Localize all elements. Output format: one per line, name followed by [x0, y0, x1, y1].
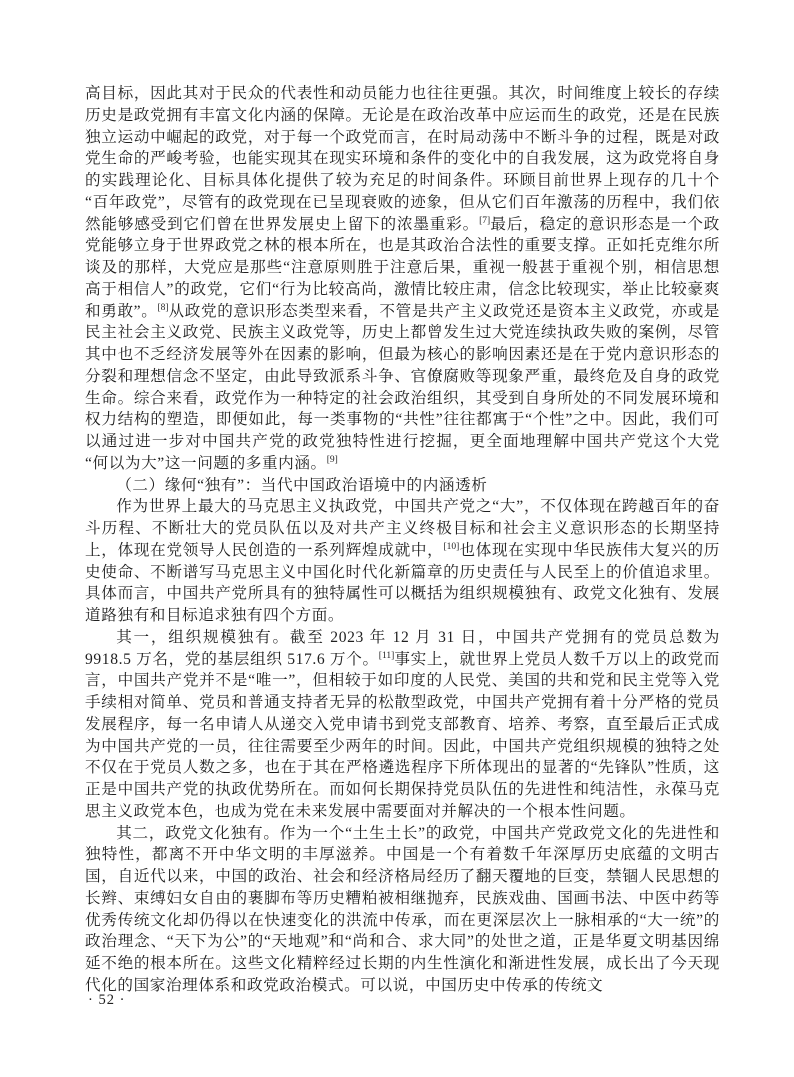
footnote-ref: [9] [327, 455, 338, 465]
text-column: 高目标，因此其对于民众的代表性和动员能力也往往更强。其次，时间维度上较长的存续历… [85, 83, 720, 997]
paragraph: 高目标，因此其对于民众的代表性和动员能力也往往更强。其次，时间维度上较长的存续历… [85, 83, 720, 475]
paragraph: 其一，组织规模独有。截至 2023 年 12 月 31 日，中国共产党拥有的党员… [85, 627, 720, 823]
subsection-heading: （二）缘何“独有”：当代中国政治语境中的内涵透析 [85, 475, 720, 497]
footnote-ref: [10] [443, 542, 459, 552]
footer-page-number: · 52 · [88, 992, 125, 1009]
paragraph: 其二，政党文化独有。作为一个“土生土长”的政党，中国共产党政党文化的先进性和独特… [85, 823, 720, 997]
paragraph: 作为世界上最大的马克思主义执政党，中国共产党之“大”，不仅体现在跨越百年的奋斗历… [85, 496, 720, 627]
footnote-ref: [11] [379, 650, 394, 660]
journal-page: 高目标，因此其对于民众的代表性和动员能力也往往更强。其次，时间维度上较长的存续历… [0, 0, 794, 1077]
footnote-ref: [7] [479, 215, 490, 225]
footnote-ref: [8] [157, 302, 168, 312]
